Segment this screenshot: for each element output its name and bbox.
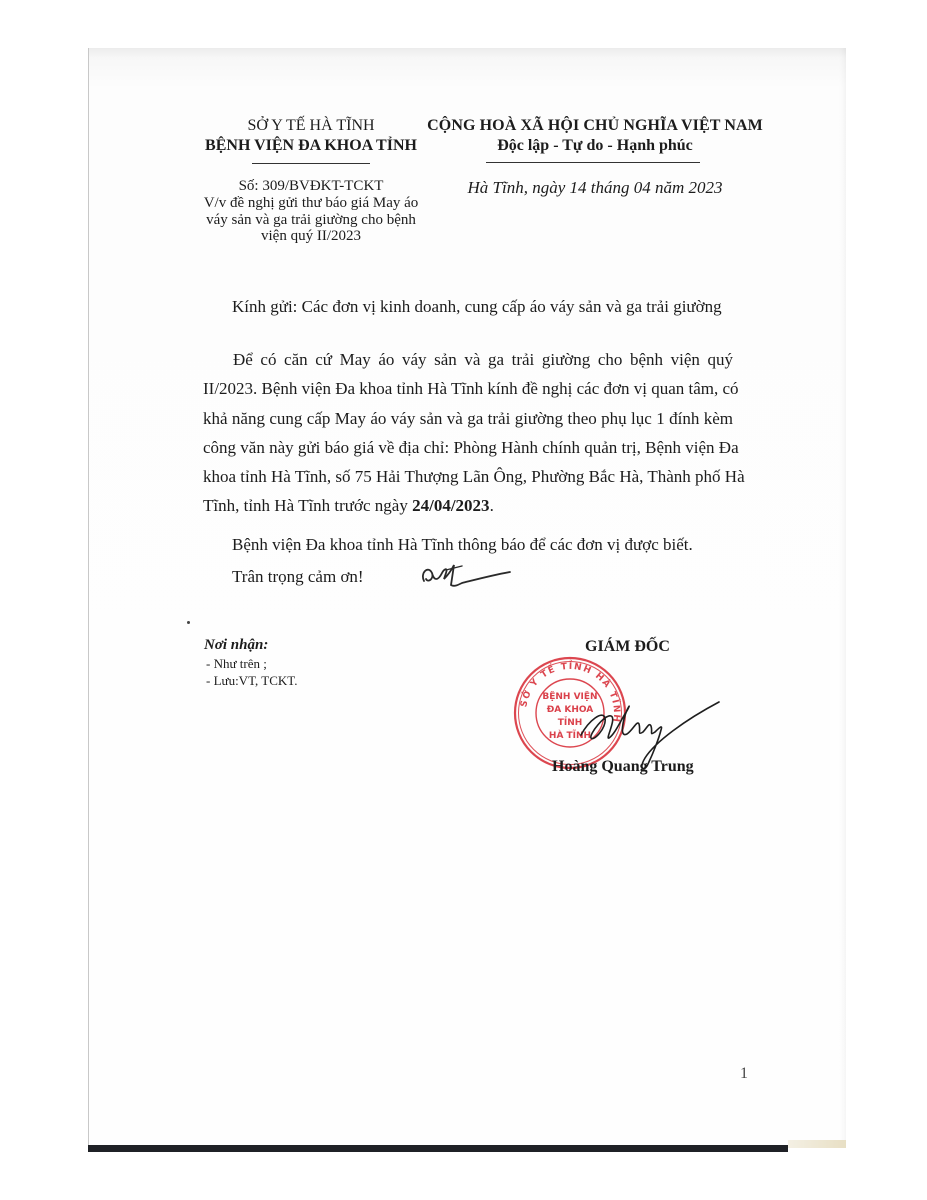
signer-title: GIÁM ĐỐC (585, 637, 670, 657)
parent-organization: SỞ Y TẾ HÀ TĨNH (180, 116, 442, 136)
addressee-line: Kính gửi: Các đơn vị kinh doanh, cung cấ… (232, 296, 722, 318)
page-corner-fold (788, 1140, 846, 1148)
header-right-underline (486, 162, 700, 163)
closing-thanks: Trân trọng cảm ơn! (232, 566, 364, 588)
subject-line: viện quý II/2023 (180, 228, 442, 245)
body-line: Tĩnh, tỉnh Hà Tĩnh trước ngày 24/04/2023… (203, 491, 733, 520)
national-motto: Độc lập - Tự do - Hạnh phúc (420, 136, 770, 156)
body-line: II/2023. Bệnh viện Đa khoa tỉnh Hà Tĩnh … (203, 374, 733, 403)
recipient-item: - Lưu:VT, TCKT. (206, 673, 298, 689)
initial-signature-icon (418, 559, 518, 594)
body-line-punctuation: . (490, 496, 494, 515)
body-line: khoa tỉnh Hà Tĩnh, số 75 Hải Thượng Lãn … (203, 462, 733, 491)
national-header: CỘNG HOÀ XÃ HỘI CHỦ NGHĨA VIỆT NAM Độc l… (420, 116, 770, 156)
recipient-item: - Như trên ; (206, 656, 267, 672)
page-number: 1 (740, 1064, 748, 1084)
place-and-date: Hà Tĩnh, ngày 14 tháng 04 năm 2023 (420, 178, 770, 198)
national-title: CỘNG HOÀ XÃ HỘI CHỦ NGHĨA VIỆT NAM (420, 116, 770, 136)
header-left-underline (252, 163, 370, 164)
recipients-label: Nơi nhận: (204, 636, 268, 654)
body-paragraph: Để có căn cứ May áo váy sản và ga trải g… (203, 345, 733, 521)
document-number: Số: 309/BVĐKT-TCKT (180, 178, 442, 195)
body-line: Để có căn cứ May áo váy sản và ga trải g… (203, 345, 733, 374)
notice-line: Bệnh viện Đa khoa tỉnh Hà Tĩnh thông báo… (232, 534, 693, 556)
subject-line: váy sản và ga trải giường cho bệnh (180, 212, 442, 229)
body-line: khả năng cung cấp May áo váy sản và ga t… (203, 404, 733, 433)
deadline-date: 24/04/2023 (412, 496, 489, 515)
organization-name: BỆNH VIỆN ĐA KHOA TỈNH (180, 136, 442, 156)
document-subject: V/v đề nghị gửi thư báo giá May áo váy s… (180, 195, 442, 245)
issuer-header: SỞ Y TẾ HÀ TĨNH BỆNH VIỆN ĐA KHOA TỈNH (180, 116, 442, 156)
margin-dot (187, 621, 190, 624)
scan-background-edge (88, 1145, 788, 1152)
body-line: công văn này gửi báo giá về địa chỉ: Phò… (203, 433, 733, 462)
body-line-text: Tĩnh, tỉnh Hà Tĩnh trước ngày (203, 496, 412, 515)
signer-name: Hoàng Quang Trung (552, 757, 694, 777)
subject-line: V/v đề nghị gửi thư báo giá May áo (180, 195, 442, 212)
